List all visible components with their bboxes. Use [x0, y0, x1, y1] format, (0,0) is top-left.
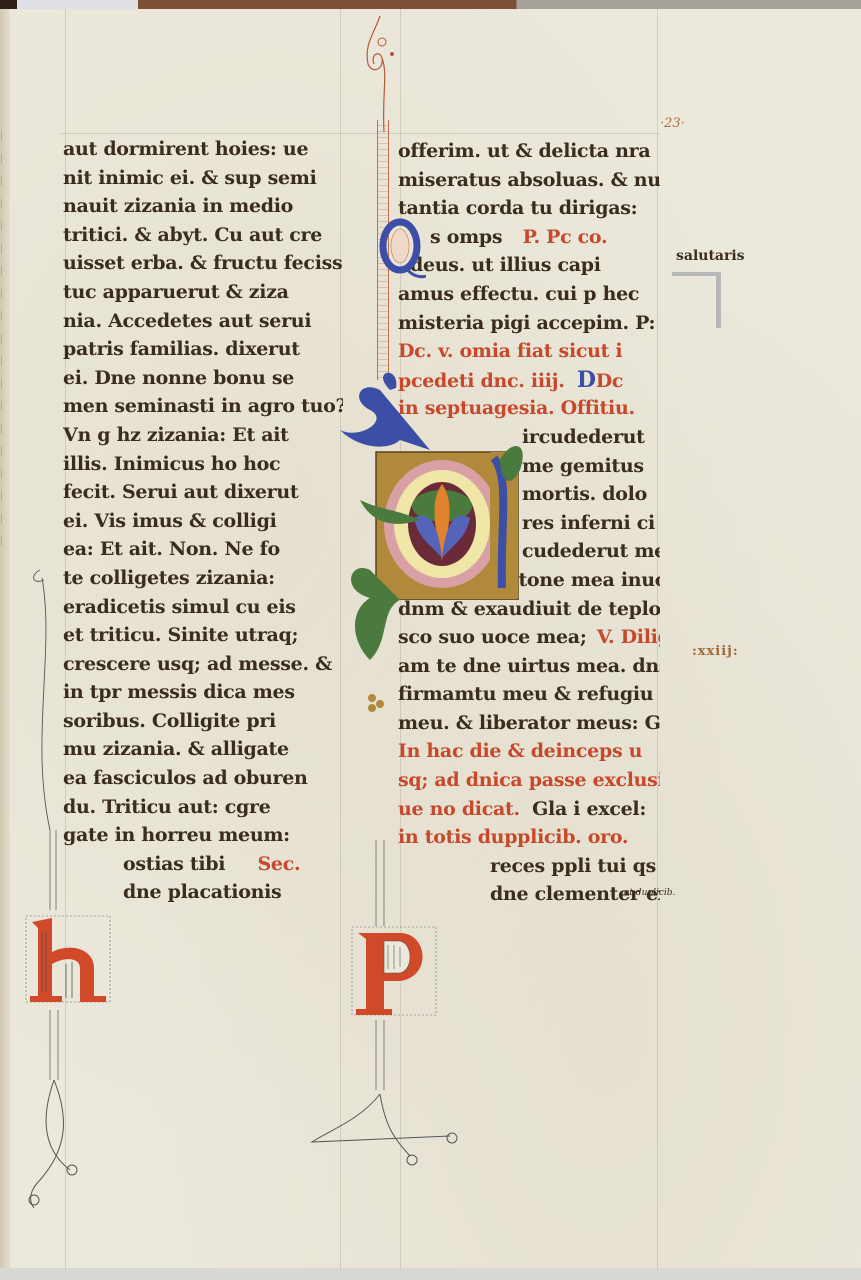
text-line: crescere usq; ad messe. & — [63, 650, 343, 679]
text-line: deus. ut illius capi — [398, 251, 660, 280]
initial-q: Q — [378, 218, 426, 280]
text-line: Vn g hz zizania: Et ait — [63, 421, 343, 450]
text-line: ea fasciculos ad oburen — [63, 764, 343, 793]
text-line: nia. Accedetes aut serui — [63, 307, 343, 336]
text-line: mu zizania. & alligate — [63, 735, 343, 764]
penwork-flourish-icon — [10, 830, 110, 1220]
folio-number: ·23· — [660, 116, 685, 131]
text-line: tantia corda tu dirigas: — [398, 194, 660, 223]
rubric-text: Dc — [596, 370, 623, 392]
correction-bracket — [672, 272, 721, 328]
text-line: men seminasti in agro tuo? — [63, 392, 343, 421]
text-line: in tpr messis dica mes — [63, 678, 343, 707]
rubric-line: sq; ad dnica passe exclusi — [398, 766, 660, 795]
blue-paraph-initial: D — [577, 367, 596, 393]
ruling-line — [60, 133, 660, 134]
rubric-gloria-line: ue no dicat. Gla i excel: — [398, 795, 660, 824]
left-text-column: aut dormirent hoies: ue nit inimic ei. &… — [63, 135, 343, 907]
text-line: aut dormirent hoies: ue — [63, 135, 343, 164]
gloria-text: Gla i excel: — [532, 798, 646, 820]
text-line: ei. Vis imus & colligi — [63, 507, 343, 536]
text-line: tritici. & abyt. Cu aut cre — [63, 221, 343, 250]
text-line: offerim. ut & delicta nra — [398, 137, 660, 166]
text-line: ea: Et ait. Non. Ne fo — [63, 535, 343, 564]
gold-dots-icon — [364, 690, 394, 720]
collect-text: s omps — [430, 226, 502, 248]
penwork-flourish-icon — [300, 840, 470, 1180]
text-line: uisset erba. & fructu fecisset: — [63, 249, 343, 278]
secret-rubric: Sec. — [258, 853, 301, 875]
text-line: du. Triticu aut: cgre — [63, 793, 343, 822]
facing-page-text-edge: ||||||||||||||||||| — [0, 125, 10, 553]
text-line: firmamtu meu & refugiu — [398, 680, 660, 709]
collect-rubric: P. Pc co. — [523, 226, 608, 248]
text-line: ei. Dne nonne bonu se — [63, 364, 343, 393]
text-line: nauit zizania in medio — [63, 192, 343, 221]
text-line: misteria pigi accepim. P: — [398, 309, 660, 338]
acanthus-leaf-icon — [330, 370, 530, 670]
secret-text: ostias tibi — [123, 853, 225, 875]
scan-top-edge — [0, 0, 861, 9]
text-line: te colligetes zizania: — [63, 564, 343, 593]
text-line: eradicetis simul cu eis — [63, 593, 343, 622]
marginal-numeral: :xxiij: — [692, 644, 739, 659]
text-line: nit inimic ei. & sup semi — [63, 164, 343, 193]
text-line: tuc apparuerut & ziza — [63, 278, 343, 307]
rubric-text: ue no dicat. — [398, 798, 520, 820]
penwork-flourish-icon — [20, 560, 70, 840]
text-line: fecit. Serui aut dixerut — [63, 478, 343, 507]
marginal-note: salutaris — [676, 248, 745, 264]
penwork-flourish-icon — [362, 14, 412, 134]
scan-bottom-edge — [0, 1268, 861, 1280]
text-line: et triticu. Sinite utraq; — [63, 621, 343, 650]
collect-line: s omps P. Pc co. — [398, 223, 660, 252]
text-line: soribus. Colligite pri — [63, 707, 343, 736]
rubric-line: Dc. v. omia fiat sicut i — [398, 337, 660, 366]
text-line: amus effectu. cui p hec — [398, 280, 660, 309]
letter-q-initial-icon — [378, 218, 426, 280]
text-line: patris familias. dixerut — [63, 335, 343, 364]
text-line: meu. & liberator meus: Gla: — [398, 709, 660, 738]
rubric-line: In hac die & deinceps u — [398, 737, 660, 766]
text-line: miseratus absoluas. & nu — [398, 166, 660, 195]
verse-rubric: V. Dilig — [597, 626, 660, 648]
text-line: illis. Inimicus ho hoc — [63, 450, 343, 479]
